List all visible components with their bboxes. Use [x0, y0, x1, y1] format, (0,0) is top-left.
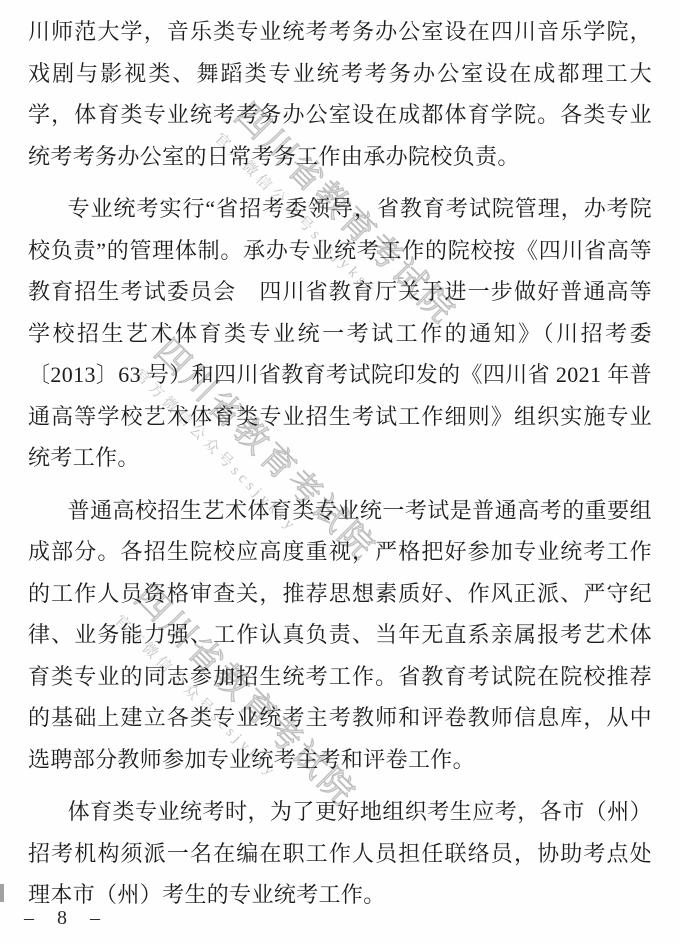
paragraph-4: 体育类专业统考时，为了更好地组织考生应考，各市（州）招考机构须派一名在编在职工作…: [28, 791, 652, 916]
paragraph-1: 川师范大学，音乐类专业统考考务办公室设在四川音乐学院，戏剧与影视类、舞蹈类专业统…: [28, 11, 652, 177]
page-number: – 8 –: [24, 907, 109, 930]
paragraph-3: 普通高校招生艺术体育类专业统一考试是普通高考的重要组成部分。各招生院校应高度重视…: [28, 490, 652, 781]
scan-artifact: [0, 884, 4, 902]
document-body: 川师范大学，音乐类专业统考考务办公室设在四川音乐学院，戏剧与影视类、舞蹈类专业统…: [28, 11, 652, 927]
paragraph-2: 专业统考实行“省招考委领导，省教育考试院管理，办考院校负责”的管理体制。承办专业…: [28, 188, 652, 479]
document-page: 四川省教育考试院 官方微信公众号scsjyksy 四川省教育考试院 官方微信公众…: [0, 0, 680, 944]
